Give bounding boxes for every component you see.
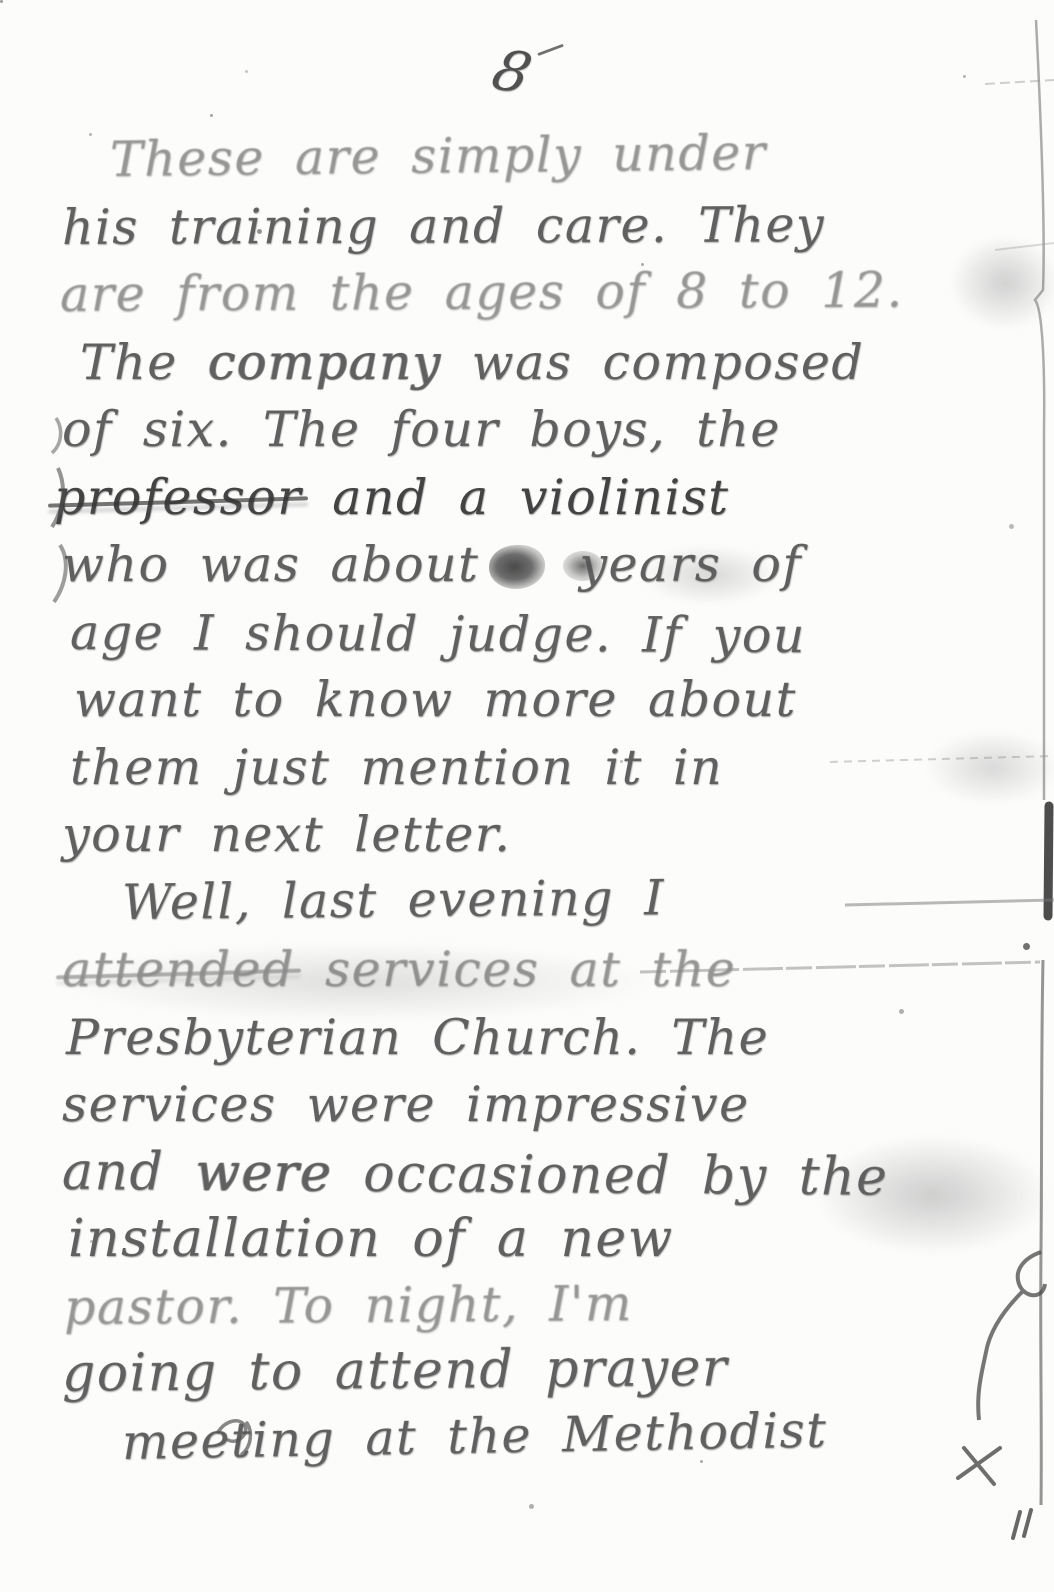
handwritten-line: want to know more about: [74, 666, 1034, 734]
handwritten-line: Well, last evening I: [122, 861, 1035, 936]
handwritten-line: your next letter.: [62, 801, 1034, 869]
fold-streak-top: [985, 80, 1054, 84]
handwritten-line: pastor. To night, I'm: [64, 1267, 1034, 1341]
handwritten-line: installation of a new: [68, 1206, 1034, 1274]
right-fold-crease-lower: [1041, 960, 1043, 1505]
handwritten-line: professor and a violinist: [54, 464, 1034, 532]
struck-word: attended: [62, 936, 295, 1004]
handwritten-line: age I should judge. If you: [70, 599, 1034, 671]
handwritten-line: and were occasioned by the: [62, 1139, 1034, 1213]
letter-body: These are simply underhis training and c…: [58, 126, 1034, 1476]
handwritten-line: The company was composed: [80, 329, 1034, 397]
handwritten-line: are from the ages of 8 to 12.: [60, 256, 1034, 329]
handwritten-line: them just mention it in: [70, 734, 1034, 802]
page-number: 8: [485, 38, 538, 107]
handwritten-line: services were impressive: [62, 1071, 1034, 1139]
handwritten-line: Presbyterian Church. The: [66, 1004, 1034, 1072]
handwritten-line: attended services at the: [62, 936, 1034, 1004]
letter-page: 8 These are simply underhis training and…: [0, 0, 1054, 1592]
edge-bar-mark: [1048, 806, 1049, 916]
handwritten-line: These are simply under: [110, 116, 1035, 193]
right-fold-crease-upper: [1035, 20, 1044, 800]
handwritten-line: his training and care. They: [62, 190, 1034, 261]
overwritten-word: company: [208, 334, 442, 391]
quote-scratch-mark: [1013, 1510, 1031, 1538]
handwritten-line: of six. The four boys, the: [62, 396, 1034, 464]
struck-word: professor: [54, 464, 302, 532]
handwritten-line: who was about years of: [62, 531, 1034, 599]
overwritten-word: were: [195, 1142, 332, 1203]
paper-specks: [0, 0, 3, 3]
ink-blot: [489, 545, 545, 589]
